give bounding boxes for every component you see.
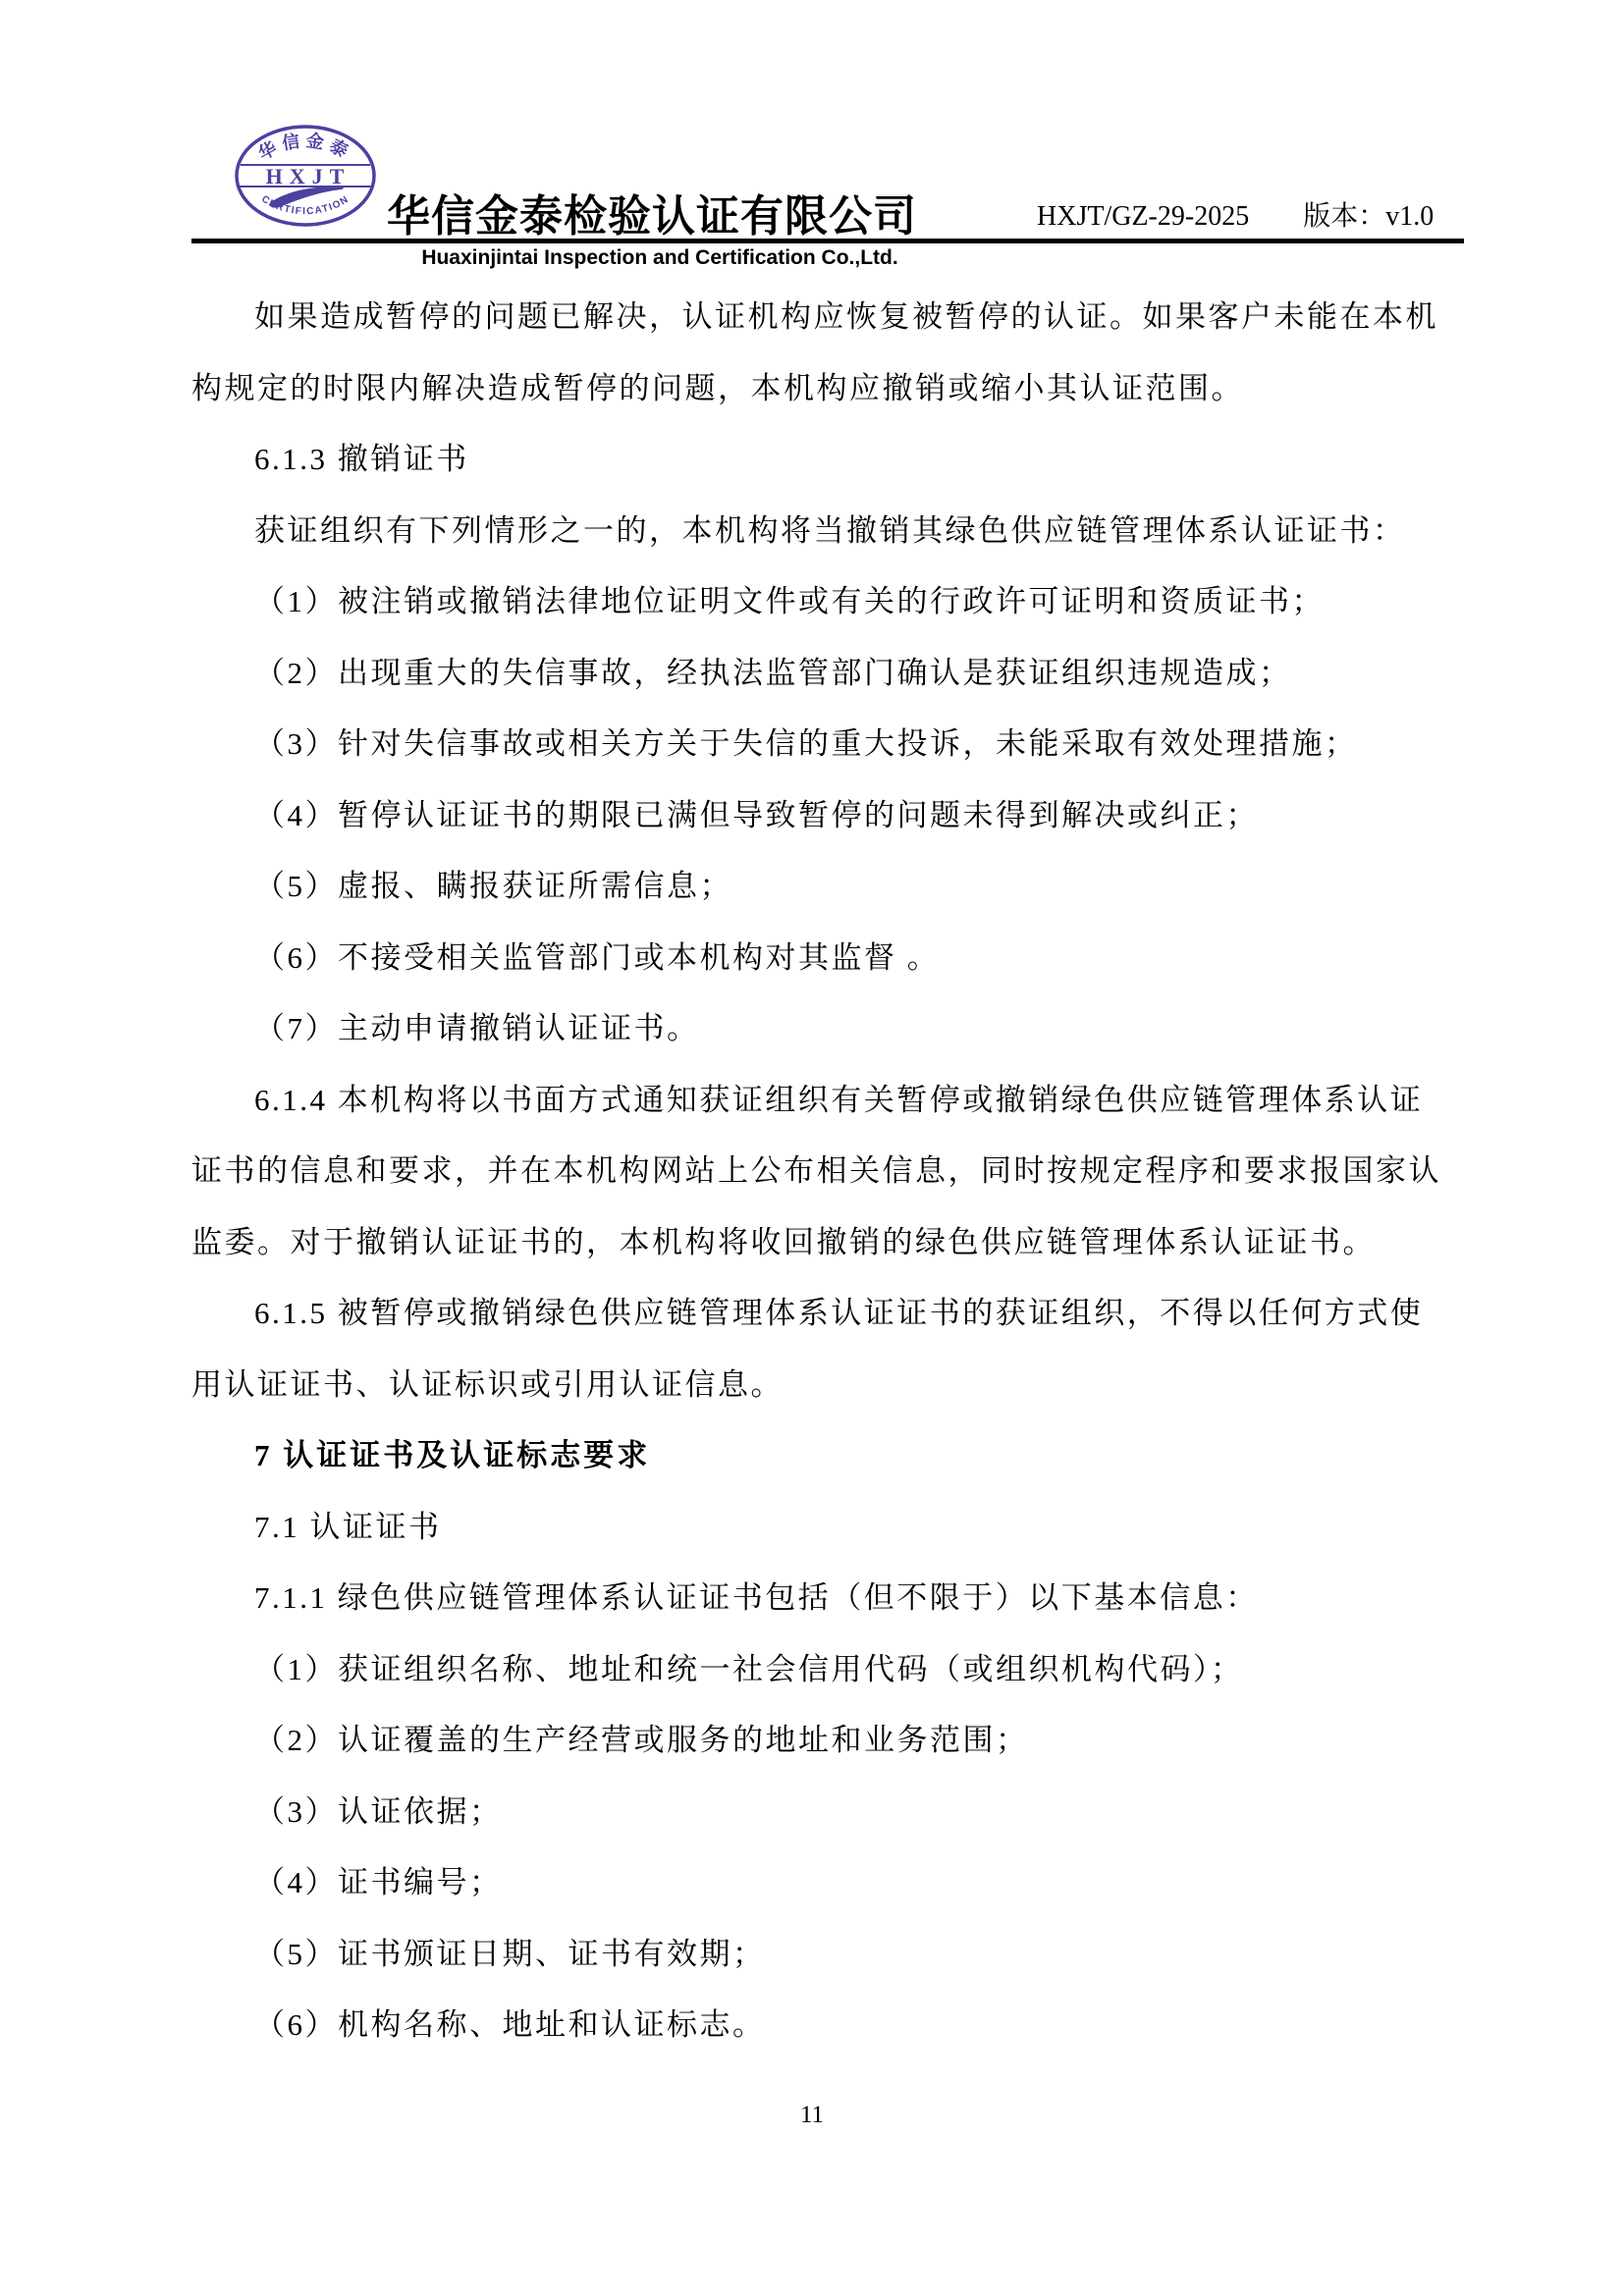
page-number: 11 (0, 2101, 1624, 2130)
company-logo-seal: 华信金泰 HXJT CERTIFICATION (234, 124, 377, 228)
list-item: （3）针对失信事故或相关方关于失信的重大投诉，未能采取有效处理措施； (191, 709, 1448, 780)
list-item: （5）虚报、瞒报获证所需信息； (191, 851, 1448, 923)
list-item: （2）出现重大的失信事故，经执法监管部门确认是获证组织违规造成； (191, 638, 1448, 710)
section-heading-7-1-1: 7.1.1 绿色供应链管理体系认证证书包括（但不限于）以下基本信息： (191, 1563, 1448, 1634)
body-line: 证书的信息和要求，并在本机构网站上公布相关信息，同时按规定程序和要求报国家认 (191, 1136, 1448, 1207)
document-page: 华信金泰 HXJT CERTIFICATION 华信金泰检验认证有限公司 HXJ… (0, 0, 1624, 2296)
section-heading-7: 7 认证证书及认证标志要求 (191, 1420, 1448, 1492)
list-item: （6）不接受相关监管部门或本机构对其监督 。 (191, 923, 1448, 994)
company-name-zh: 华信金泰检验认证有限公司 (387, 192, 922, 241)
section-heading-6-1-5: 6.1.5 被暂停或撤销绿色供应链管理体系认证证书的获证组织，不得以任何方式使 (191, 1278, 1448, 1350)
company-name-en: Huaxinjintai Inspection and Certificatio… (387, 245, 933, 271)
list-item: （1）被注销或撤销法律地位证明文件或有关的行政许可证明和资质证书； (191, 566, 1448, 638)
list-item: （7）主动申请撤销认证证书。 (191, 993, 1448, 1065)
body-line: 获证组织有下列情形之一的，本机构将当撤销其绿色供应链管理体系认证证书： (191, 496, 1448, 567)
body-line: 构规定的时限内解决造成暂停的问题，本机构应撤销或缩小其认证范围。 (191, 353, 1448, 425)
list-item: （4）暂停认证证书的期限已满但导致暂停的问题未得到解决或纠正； (191, 780, 1448, 852)
list-item: （3）认证依据； (191, 1777, 1448, 1848)
section-heading-6-1-3: 6.1.3 撤销证书 (191, 424, 1448, 496)
list-item: （6）机构名称、地址和认证标志。 (191, 1990, 1448, 2061)
body-line: 监委。对于撤销认证证书的，本机构将收回撤销的绿色供应链管理体系认证证书。 (191, 1207, 1448, 1279)
header-rule (191, 239, 1464, 243)
list-item: （1）获证组织名称、地址和统一社会信用代码（或组织机构代码）； (191, 1634, 1448, 1706)
doc-number: HXJT/GZ-29-2025 (1037, 200, 1249, 234)
list-item: （5）证书颁证日期、证书有效期； (191, 1919, 1448, 1991)
section-heading-6-1-4: 6.1.4 本机构将以书面方式通知获证组织有关暂停或撤销绿色供应链管理体系认证 (191, 1065, 1448, 1137)
body-line: 如果造成暂停的问题已解决，认证机构应恢复被暂停的认证。如果客户未能在本机 (191, 282, 1448, 353)
list-item: （4）证书编号； (191, 1847, 1448, 1919)
seal-acronym: HXJT (266, 164, 352, 188)
list-item: （2）认证覆盖的生产经营或服务的地址和业务范围； (191, 1705, 1448, 1777)
body-line: 用认证证书、认证标识或引用认证信息。 (191, 1350, 1448, 1421)
section-heading-7-1: 7.1 认证证书 (191, 1492, 1448, 1564)
document-body: 如果造成暂停的问题已解决，认证机构应恢复被暂停的认证。如果客户未能在本机 构规定… (191, 282, 1448, 2061)
doc-info: HXJT/GZ-29-2025 版本：v1.0 (1037, 200, 1434, 234)
doc-version: 版本：v1.0 (1303, 200, 1434, 234)
